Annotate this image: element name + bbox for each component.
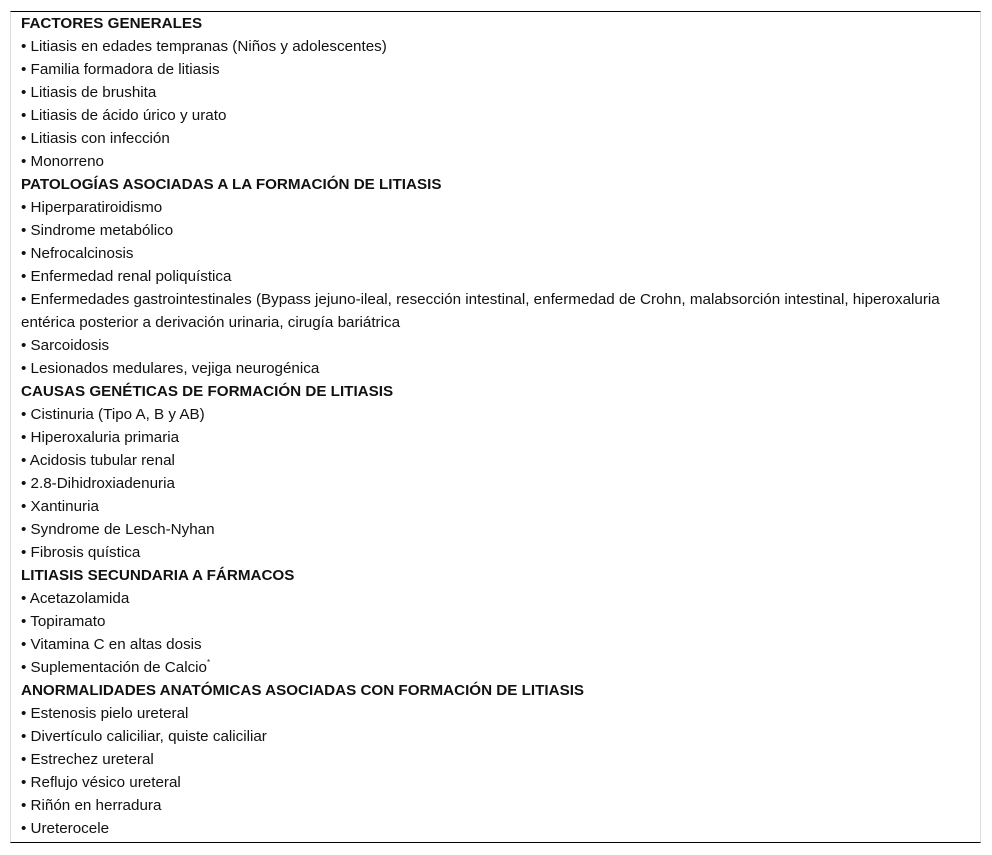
list-item: • Monorreno xyxy=(21,150,971,173)
list-item: • Litiasis de brushita xyxy=(21,81,971,104)
list-item: • Estrechez ureteral xyxy=(21,748,971,771)
list-item: • Sarcoidosis xyxy=(21,334,971,357)
list-item: • Hiperoxaluria primaria xyxy=(21,426,971,449)
list-item: • Sindrome metabólico xyxy=(21,219,971,242)
section-title-general-factors: FACTORES GENERALES xyxy=(21,12,971,35)
list-item: • Litiasis con infección xyxy=(21,127,971,150)
list-item: • Divertículo caliciliar, quiste calicil… xyxy=(21,725,971,748)
footnote-marker: * xyxy=(207,658,210,667)
list-item: • Estenosis pielo ureteral xyxy=(21,702,971,725)
list-item: • Riñón en herradura xyxy=(21,794,971,817)
list-item: • Xantinuria xyxy=(21,495,971,518)
list-item: • Cistinuria (Tipo A, B y AB) xyxy=(21,403,971,426)
list-item: • Litiasis de ácido úrico y urato xyxy=(21,104,971,127)
list-item: • Enfermedades gastrointestinales (Bypas… xyxy=(21,288,971,334)
list-item: • Acetazolamida xyxy=(21,587,971,610)
list-item: • Familia formadora de litiasis xyxy=(21,58,971,81)
list-item: • Syndrome de Lesch-Nyhan xyxy=(21,518,971,541)
section-title-associated-pathologies: PATOLOGÍAS ASOCIADAS A LA FORMACIÓN DE L… xyxy=(21,173,971,196)
list-item: • Reflujo vésico ureteral xyxy=(21,771,971,794)
list-item: • Suplementación de Calcio* xyxy=(21,656,971,679)
list-item: • Lesionados medulares, vejiga neurogéni… xyxy=(21,357,971,380)
section-title-genetic-causes: CAUSAS GENÉTICAS DE FORMACIÓN DE LITIASI… xyxy=(21,380,971,403)
list-item: • Litiasis en edades tempranas (Niños y … xyxy=(21,35,971,58)
risk-factors-table: FACTORES GENERALES • Litiasis en edades … xyxy=(10,11,981,843)
list-item: • Vitamina C en altas dosis xyxy=(21,633,971,656)
list-item: • Acidosis tubular renal xyxy=(21,449,971,472)
section-title-drug-induced: LITIASIS SECUNDARIA A FÁRMACOS xyxy=(21,564,971,587)
list-item-text: • Suplementación de Calcio xyxy=(21,659,207,676)
list-item: • Topiramato xyxy=(21,610,971,633)
section-title-anatomical-abnormalities: ANORMALIDADES ANATÓMICAS ASOCIADAS CON F… xyxy=(21,679,971,702)
list-item: • Ureterocele xyxy=(21,817,971,840)
list-item: • Fibrosis quística xyxy=(21,541,971,564)
list-item: • Hiperparatiroidismo xyxy=(21,196,971,219)
list-item: • 2.8-Dihidroxiadenuria xyxy=(21,472,971,495)
list-item: • Enfermedad renal poliquística xyxy=(21,265,971,288)
list-item: • Nefrocalcinosis xyxy=(21,242,971,265)
table-cell: FACTORES GENERALES • Litiasis en edades … xyxy=(21,12,971,840)
